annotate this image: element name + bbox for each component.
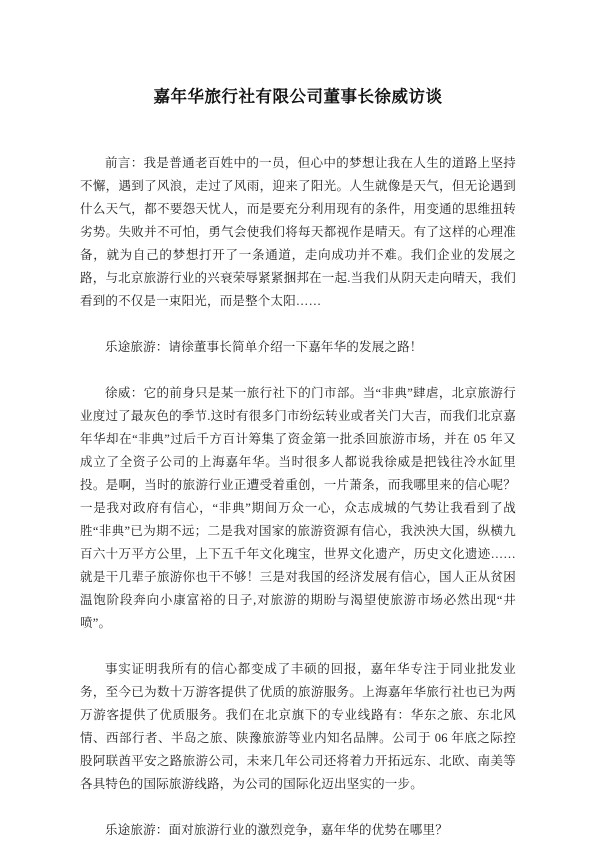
paragraph-interviewer-question-1: 乐途旅游：请徐董事长简单介绍一下嘉年华的发展之路！ (80, 336, 516, 359)
paragraph-xuwei-answer-1: 徐威：它的前身只是某一旅行社下的门市部。当“非典”肆虐，北京旅游行业度过了最灰色… (80, 382, 516, 635)
document-page: 嘉年华旅行社有限公司董事长徐威访谈 前言：我是普通老百姓中的一员，但心中的梦想让… (0, 0, 595, 842)
paragraph-interviewer-question-2: 乐途旅游：面对旅游行业的激烈竞争，嘉年华的优势在哪里？ (80, 819, 516, 842)
paragraph-preface: 前言：我是普通老百姓中的一员，但心中的梦想让我在人生的道路上坚持不懈，遇到了风浪… (80, 152, 516, 313)
document-content: 嘉年华旅行社有限公司董事长徐威访谈 前言：我是普通老百姓中的一员，但心中的梦想让… (0, 0, 595, 842)
paragraph-xuwei-answer-1-continued: 事实证明我所有的信心都变成了丰硕的回报，嘉年华专注于同业批发业务，至今已为数十万… (80, 658, 516, 796)
document-title: 嘉年华旅行社有限公司董事长徐威访谈 (80, 86, 516, 108)
